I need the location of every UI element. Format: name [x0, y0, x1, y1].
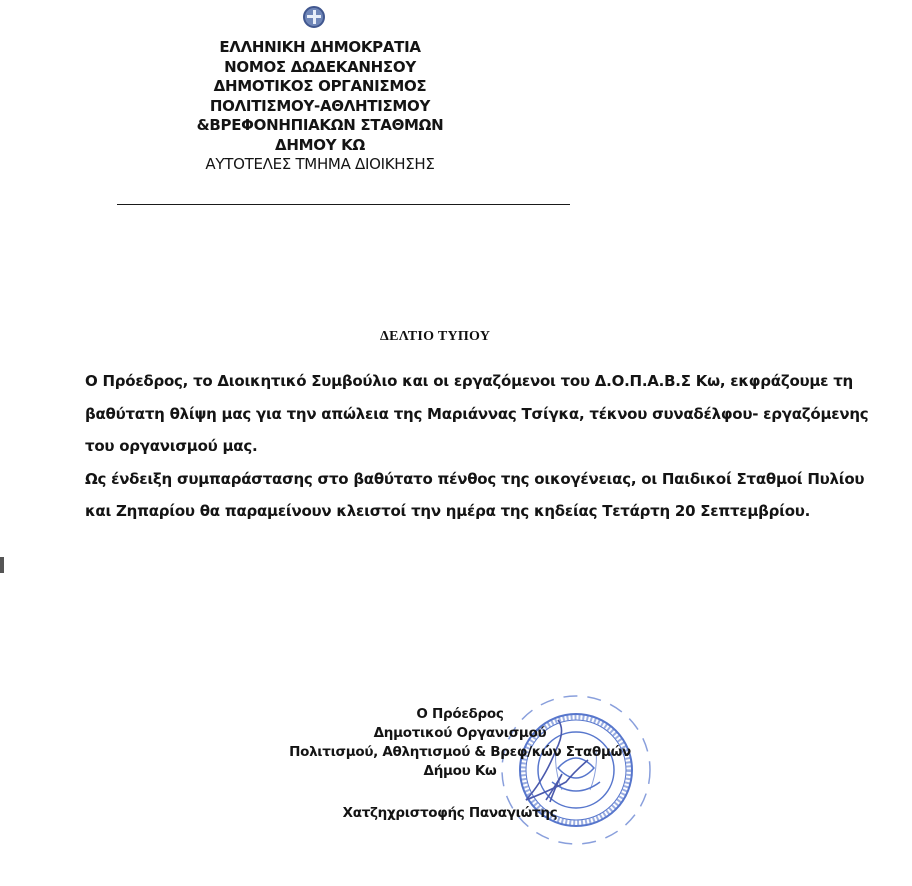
- signer-name: Χατζηχριστοφής Παναγιώτης: [230, 804, 670, 823]
- letterhead-line: &ΒΡΕΦΟΝΗΠΙΑΚΩΝ ΣΤΑΘΜΩΝ: [140, 116, 500, 136]
- document-body: Ο Πρόεδρος, το Διοικητικό Συμβούλιο και …: [85, 365, 845, 528]
- document-page: ΕΛΛΗΝΙΚΗ ΔΗΜΟΚΡΑΤΙΑ ΝΟΜΟΣ ΔΩΔΕΚΑΝΗΣΟΥ ΔΗ…: [0, 0, 912, 886]
- letterhead-line: ΝΟΜΟΣ ΔΩΔΕΚΑΝΗΣΟΥ: [140, 58, 500, 78]
- letterhead-line: ΔΗΜΟΤΙΚΟΣ ΟΡΓΑΝΙΣΜΟΣ: [140, 77, 500, 97]
- signature-line: Δημοτικού Οργανισμού: [250, 724, 670, 743]
- coat-of-arms-icon: [303, 6, 325, 28]
- scan-edge-mark: [0, 557, 4, 573]
- letterhead-line: ΔΗΜΟΥ ΚΩ: [140, 136, 500, 156]
- signature-line: Δήμου Κω: [250, 762, 670, 781]
- body-line: του οργανισμού μας.: [85, 430, 845, 463]
- department-name: ΑΥΤΟΤΕΛΕΣ ΤΜΗΜΑ ΔΙΟΙΚΗΣΗΣ: [140, 155, 500, 175]
- body-line: Ο Πρόεδρος, το Διοικητικό Συμβούλιο και …: [85, 365, 845, 398]
- header-divider: [117, 204, 570, 205]
- signature-block: Ο Πρόεδρος Δημοτικού Οργανισμού Πολιτισμ…: [250, 705, 670, 823]
- body-line: και Ζηπαρίου θα παραμείνουν κλειστοί την…: [85, 495, 845, 528]
- document-title: ΔΕΛΤΙΟ ΤΥΠΟΥ: [380, 329, 490, 345]
- body-line: βαθύτατη θλίψη μας για την απώλεια της Μ…: [85, 398, 845, 431]
- signature-line: Ο Πρόεδρος: [250, 705, 670, 724]
- letterhead-line: ΠΟΛΙΤΙΣΜΟΥ-ΑΘΛΗΤΙΣΜΟΥ: [140, 97, 500, 117]
- body-line: Ως ένδειξη συμπαράστασης στο βαθύτατο πέ…: [85, 463, 845, 496]
- letterhead-line: ΕΛΛΗΝΙΚΗ ΔΗΜΟΚΡΑΤΙΑ: [140, 38, 500, 58]
- signature-line: Πολιτισμού, Αθλητισμού & Βρεφ/κών Σταθμώ…: [250, 743, 670, 762]
- letterhead: ΕΛΛΗΝΙΚΗ ΔΗΜΟΚΡΑΤΙΑ ΝΟΜΟΣ ΔΩΔΕΚΑΝΗΣΟΥ ΔΗ…: [140, 38, 500, 175]
